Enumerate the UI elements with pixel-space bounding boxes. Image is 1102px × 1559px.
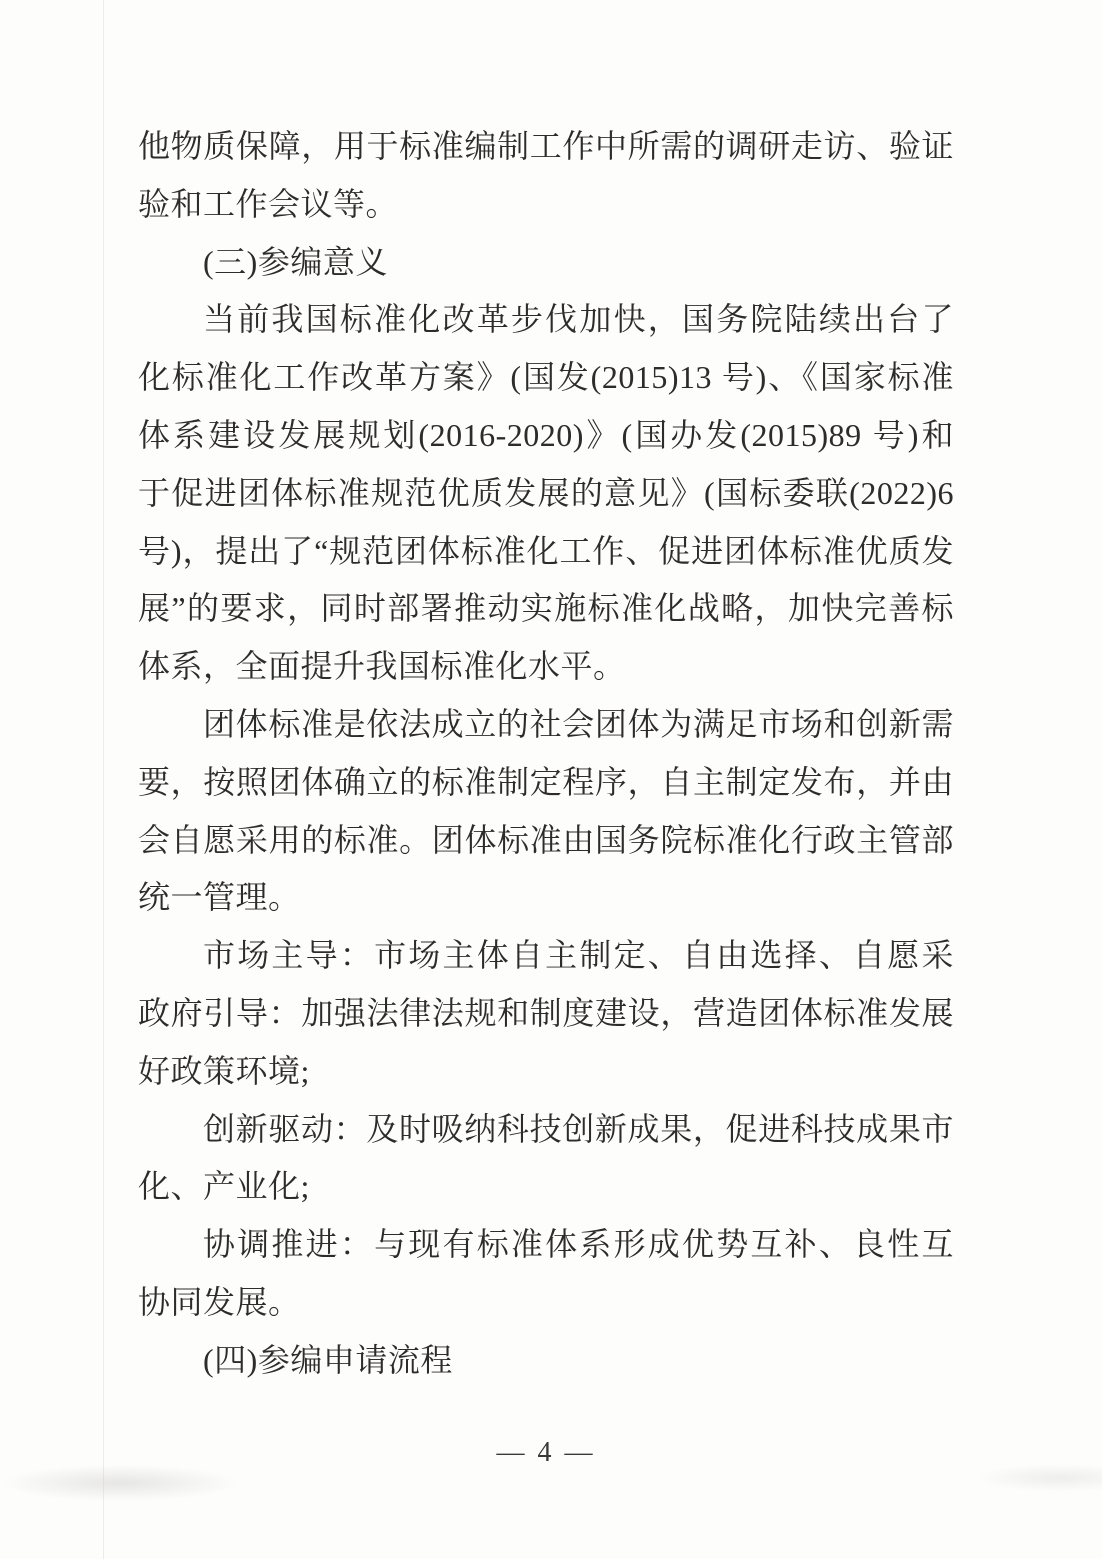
text-line: 统一管理。 bbox=[138, 869, 954, 927]
document-page: 他物质保障，用于标准编制工作中所需的调研走访、验证实验和工作会议等。(三)参编意… bbox=[0, 0, 1102, 1559]
text-line: 他物质保障，用于标准编制工作中所需的调研走访、验证实 bbox=[138, 118, 954, 176]
text-line: 政府引导：加强法律法规和制度建设，营造团体标准发展良 bbox=[138, 985, 954, 1043]
text-line: 市场主导：市场主体自主制定、自由选择、自愿采用; bbox=[138, 927, 954, 985]
text-line: 要，按照团体确立的标准制定程序，自主制定发布，并由社 bbox=[138, 754, 954, 812]
text-line: 会自愿采用的标准。团体标准由国务院标准化行政主管部门 bbox=[138, 812, 954, 870]
text-line: 验和工作会议等。 bbox=[138, 176, 954, 234]
text-line: (三)参编意义 bbox=[138, 234, 954, 292]
text-line: 体系，全面提升我国标准化水平。 bbox=[138, 638, 954, 696]
text-line: 创新驱动：及时吸纳科技创新成果，促进科技成果市场 bbox=[138, 1101, 954, 1159]
text-line: 于促进团体标准规范优质发展的意见》(国标委联(2022)6 bbox=[138, 465, 954, 523]
text-line: 化、产业化; bbox=[138, 1158, 954, 1216]
text-line: 协调推进：与现有标准体系形成优势互补、良性互动、 bbox=[138, 1216, 954, 1274]
text-line: (四)参编申请流程 bbox=[138, 1332, 954, 1390]
document-lines: 他物质保障，用于标准编制工作中所需的调研走访、验证实验和工作会议等。(三)参编意… bbox=[138, 118, 954, 1390]
text-line: 号)，提出了“规范团体标准化工作、促进团体标准优质发 bbox=[138, 523, 954, 581]
scan-artifact-line bbox=[103, 0, 104, 1559]
text-line: 展”的要求，同时部署推动实施标准化战略，加快完善标准 bbox=[138, 580, 954, 638]
text-line: 团体标准是依法成立的社会团体为满足市场和创新需 bbox=[138, 696, 954, 754]
text-line: 好政策环境; bbox=[138, 1043, 954, 1101]
text-line: 化标准化工作改革方案》(国发(2015)13 号)、《国家标准化 bbox=[138, 349, 954, 407]
text-line: 体系建设发展规划(2016-2020)》(国办发(2015)89 号)和《关 bbox=[138, 407, 954, 465]
text-line: 当前我国标准化改革步伐加快，国务院陆续出台了《深 bbox=[138, 291, 954, 349]
text-line: 协同发展。 bbox=[138, 1274, 954, 1332]
page-number: — 4 — bbox=[138, 1428, 954, 1478]
document-body: 他物质保障，用于标准编制工作中所需的调研走访、验证实验和工作会议等。(三)参编意… bbox=[138, 118, 954, 1390]
